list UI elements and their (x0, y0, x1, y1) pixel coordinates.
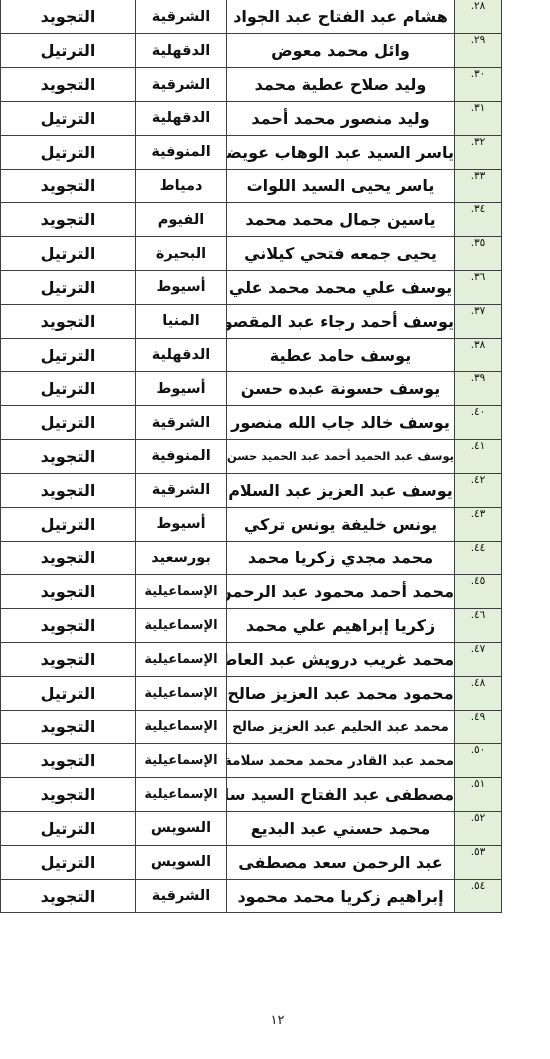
table-row: ٣٤. ياسين جمال محمد محمد الفيوم التجويد (1, 203, 502, 237)
cell-name: يوسف حسونة عبده حسن (227, 372, 455, 406)
cell-governorate: الشرقية (136, 879, 227, 913)
cell-row-number: ٤١. (455, 440, 502, 474)
cell-category: الترتيل (1, 34, 136, 68)
table-row: ٣٦. يوسف علي محمد محمد علي أسيوط الترتيل (1, 271, 502, 305)
cell-name: محمد عبد القادر محمد محمد سلامة (227, 744, 455, 778)
table-row: ٣٠. وليد صلاح عطية محمد الشرقية التجويد (1, 68, 502, 102)
cell-name: محمد غريب درويش عبد العاطي (227, 642, 455, 676)
cell-governorate: الشرقية (136, 68, 227, 102)
cell-category: الترتيل (1, 845, 136, 879)
cell-governorate: الشرقية (136, 473, 227, 507)
cell-row-number: ٤٠. (455, 406, 502, 440)
cell-name: يحيى جمعه فتحي كيلاني (227, 237, 455, 271)
cell-governorate: الشرقية (136, 406, 227, 440)
cell-name: ياسين جمال محمد محمد (227, 203, 455, 237)
cell-row-number: ٣٤. (455, 203, 502, 237)
cell-governorate: الفيوم (136, 203, 227, 237)
cell-name: وائل محمد معوض (227, 34, 455, 68)
cell-governorate: الدقهلية (136, 101, 227, 135)
cell-category: التجويد (1, 744, 136, 778)
table-row: ٤٤. محمد مجدي زكريا محمد بورسعيد التجويد (1, 541, 502, 575)
cell-row-number: ٣٩. (455, 372, 502, 406)
cell-category: التجويد (1, 203, 136, 237)
cell-name: محمد أحمد محمود عبد الرحمن (227, 575, 455, 609)
cell-category: التجويد (1, 0, 136, 34)
cell-name: يوسف أحمد رجاء عبد المقصود (227, 304, 455, 338)
cell-name: زكريا إبراهيم علي محمد (227, 609, 455, 643)
cell-category: التجويد (1, 473, 136, 507)
cell-name: يوسف حامد عطية (227, 338, 455, 372)
cell-governorate: الإسماعيلية (136, 609, 227, 643)
table-row: ٤١. يوسف عبد الحميد أحمد عبد الحميد حسن … (1, 440, 502, 474)
cell-governorate: السويس (136, 812, 227, 846)
cell-row-number: ٣٠. (455, 68, 502, 102)
cell-governorate: الإسماعيلية (136, 575, 227, 609)
roster-body: ٢٨. هشام عبد الفتاح عبد الجواد الشرقية ا… (1, 0, 502, 913)
cell-governorate: أسيوط (136, 271, 227, 305)
table-row: ٣٣. ياسر يحيى السيد اللوات دمياط التجويد (1, 169, 502, 203)
cell-row-number: ٤٧. (455, 642, 502, 676)
cell-governorate: الدقهلية (136, 34, 227, 68)
cell-row-number: ٤٣. (455, 507, 502, 541)
cell-name: محمد حسني عبد البديع (227, 812, 455, 846)
cell-name: ياسر يحيى السيد اللوات (227, 169, 455, 203)
cell-governorate: الإسماعيلية (136, 710, 227, 744)
cell-governorate: بورسعيد (136, 541, 227, 575)
cell-row-number: ٤٨. (455, 676, 502, 710)
table-row: ٣٥. يحيى جمعه فتحي كيلاني البحيرة الترتي… (1, 237, 502, 271)
cell-name: إبراهيم زكريا محمد محمود (227, 879, 455, 913)
cell-row-number: ٤٦. (455, 609, 502, 643)
cell-name: يونس خليفة يونس تركي (227, 507, 455, 541)
cell-category: التجويد (1, 68, 136, 102)
cell-name: محمد مجدي زكريا محمد (227, 541, 455, 575)
table-row: ٢٨. هشام عبد الفتاح عبد الجواد الشرقية ا… (1, 0, 502, 34)
cell-row-number: ٥٠. (455, 744, 502, 778)
cell-row-number: ٣٧. (455, 304, 502, 338)
cell-category: التجويد (1, 304, 136, 338)
cell-governorate: الإسماعيلية (136, 676, 227, 710)
table-row: ٤٩. محمد عبد الحليم عبد العزيز صالح الإس… (1, 710, 502, 744)
cell-governorate: الإسماعيلية (136, 744, 227, 778)
cell-name: وليد صلاح عطية محمد (227, 68, 455, 102)
cell-row-number: ٤٩. (455, 710, 502, 744)
cell-name: يوسف عبد العزيز عبد السلام (227, 473, 455, 507)
table-row: ٤٠. يوسف خالد جاب الله منصور الشرقية الت… (1, 406, 502, 440)
table-row: ٣٢. ياسر السيد عبد الوهاب عويضة المنوفية… (1, 135, 502, 169)
cell-row-number: ٤٤. (455, 541, 502, 575)
cell-row-number: ٣٣. (455, 169, 502, 203)
table-row: ٣٩. يوسف حسونة عبده حسن أسيوط الترتيل (1, 372, 502, 406)
cell-row-number: ٤٥. (455, 575, 502, 609)
cell-row-number: ٣٢. (455, 135, 502, 169)
cell-name: عبد الرحمن سعد مصطفى (227, 845, 455, 879)
table-row: ٥٤. إبراهيم زكريا محمد محمود الشرقية الت… (1, 879, 502, 913)
cell-row-number: ٣٦. (455, 271, 502, 305)
cell-name: مصطفى عبد الفتاح السيد سليم (227, 778, 455, 812)
cell-category: الترتيل (1, 676, 136, 710)
cell-category: التجويد (1, 169, 136, 203)
cell-name: محمد عبد الحليم عبد العزيز صالح (227, 710, 455, 744)
table-row: ٤٥. محمد أحمد محمود عبد الرحمن الإسماعيل… (1, 575, 502, 609)
table-row: ٤٦. زكريا إبراهيم علي محمد الإسماعيلية ا… (1, 609, 502, 643)
document-page: ٢٨. هشام عبد الفتاح عبد الجواد الشرقية ا… (0, 0, 550, 1059)
cell-category: الترتيل (1, 812, 136, 846)
table-row: ٣٧. يوسف أحمد رجاء عبد المقصود المنيا ال… (1, 304, 502, 338)
cell-name: وليد منصور محمد أحمد (227, 101, 455, 135)
contestants-table: ٢٨. هشام عبد الفتاح عبد الجواد الشرقية ا… (0, 0, 502, 913)
cell-governorate: الدقهلية (136, 338, 227, 372)
page-number: ١٢ (5, 1013, 550, 1028)
cell-row-number: ٥٣. (455, 845, 502, 879)
cell-category: التجويد (1, 879, 136, 913)
cell-governorate: الإسماعيلية (136, 642, 227, 676)
table-row: ٥٠. محمد عبد القادر محمد محمد سلامة الإس… (1, 744, 502, 778)
cell-category: الترتيل (1, 507, 136, 541)
cell-name: يوسف خالد جاب الله منصور (227, 406, 455, 440)
table-row: ٢٩. وائل محمد معوض الدقهلية الترتيل (1, 34, 502, 68)
cell-row-number: ٢٩. (455, 34, 502, 68)
cell-row-number: ٢٨. (455, 0, 502, 34)
cell-governorate: أسيوط (136, 372, 227, 406)
cell-row-number: ٤٢. (455, 473, 502, 507)
cell-category: التجويد (1, 575, 136, 609)
cell-name: ياسر السيد عبد الوهاب عويضة (227, 135, 455, 169)
cell-governorate: الإسماعيلية (136, 778, 227, 812)
cell-row-number: ٥١. (455, 778, 502, 812)
cell-category: التجويد (1, 609, 136, 643)
cell-governorate: الشرقية (136, 0, 227, 34)
cell-category: الترتيل (1, 372, 136, 406)
table-row: ٣٨. يوسف حامد عطية الدقهلية الترتيل (1, 338, 502, 372)
table-row: ٤٨. محمود محمد عبد العزيز صالح الإسماعيل… (1, 676, 502, 710)
cell-name: هشام عبد الفتاح عبد الجواد (227, 0, 455, 34)
cell-name: محمود محمد عبد العزيز صالح (227, 676, 455, 710)
cell-category: التجويد (1, 642, 136, 676)
cell-category: التجويد (1, 710, 136, 744)
cell-row-number: ٥٢. (455, 812, 502, 846)
cell-name: يوسف عبد الحميد أحمد عبد الحميد حسن (227, 440, 455, 474)
table-row: ٤٧. محمد غريب درويش عبد العاطي الإسماعيل… (1, 642, 502, 676)
cell-category: التجويد (1, 440, 136, 474)
table-row: ٥٢. محمد حسني عبد البديع السويس الترتيل (1, 812, 502, 846)
cell-name: يوسف علي محمد محمد علي (227, 271, 455, 305)
cell-category: التجويد (1, 778, 136, 812)
table-row: ٤٣. يونس خليفة يونس تركي أسيوط الترتيل (1, 507, 502, 541)
cell-governorate: أسيوط (136, 507, 227, 541)
table-row: ٥١. مصطفى عبد الفتاح السيد سليم الإسماعي… (1, 778, 502, 812)
cell-governorate: المنيا (136, 304, 227, 338)
cell-governorate: البحيرة (136, 237, 227, 271)
cell-row-number: ٣٨. (455, 338, 502, 372)
cell-row-number: ٣٥. (455, 237, 502, 271)
cell-category: الترتيل (1, 271, 136, 305)
cell-governorate: المنوفية (136, 440, 227, 474)
cell-category: التجويد (1, 541, 136, 575)
cell-category: الترتيل (1, 406, 136, 440)
table-row: ٣١. وليد منصور محمد أحمد الدقهلية الترتي… (1, 101, 502, 135)
cell-governorate: دمياط (136, 169, 227, 203)
table-row: ٤٢. يوسف عبد العزيز عبد السلام الشرقية ا… (1, 473, 502, 507)
cell-category: الترتيل (1, 135, 136, 169)
table-row: ٥٣. عبد الرحمن سعد مصطفى السويس الترتيل (1, 845, 502, 879)
cell-category: الترتيل (1, 101, 136, 135)
cell-category: الترتيل (1, 237, 136, 271)
cell-governorate: المنوفية (136, 135, 227, 169)
cell-governorate: السويس (136, 845, 227, 879)
cell-row-number: ٣١. (455, 101, 502, 135)
cell-category: الترتيل (1, 338, 136, 372)
cell-row-number: ٥٤. (455, 879, 502, 913)
